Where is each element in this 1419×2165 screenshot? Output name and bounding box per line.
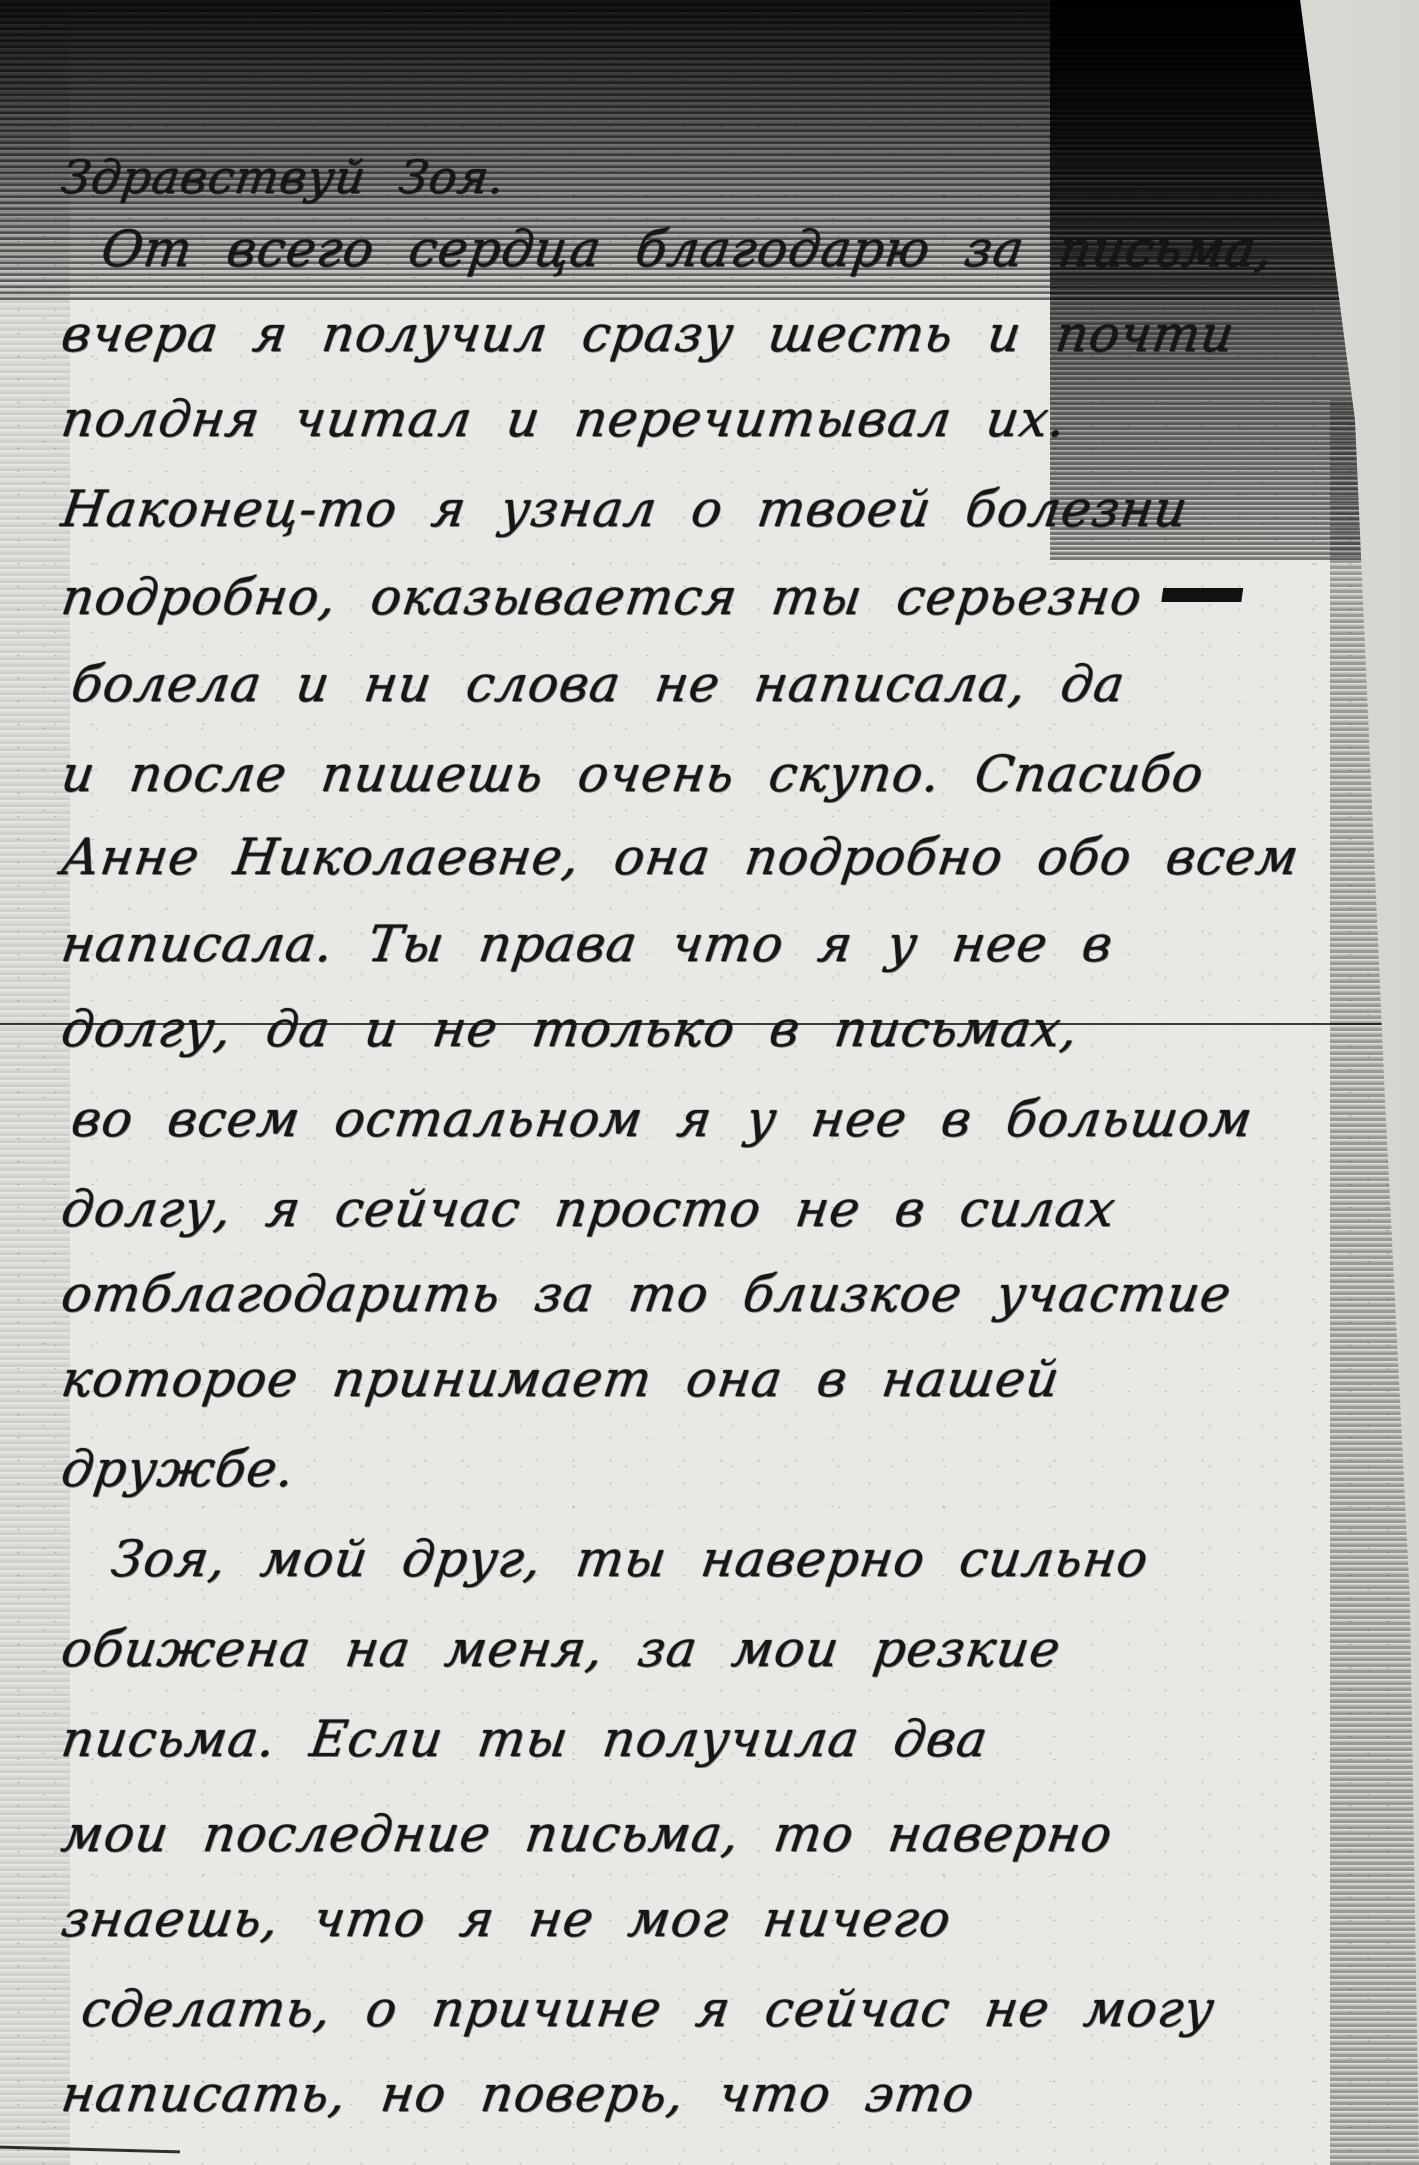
letter-line: вчера я получил сразу шесть и почти	[58, 305, 1238, 363]
letter-line: мои последние письма, то наверно	[58, 1805, 1116, 1863]
redaction-mark	[1161, 588, 1243, 602]
letter-line: болела и ни слова не написала, да	[68, 655, 1129, 713]
photocopied-letter-sheet: Здравствуй Зоя. От всего сердца благодар…	[0, 0, 1419, 2165]
letter-greeting: Здравствуй Зоя.	[58, 150, 509, 204]
letter-line: обижена на меня, за мои резкие	[58, 1620, 1065, 1678]
letter-line: которое принимает она в нашей	[58, 1350, 1064, 1408]
letter-line: и после пишешь очень скупо. Спасибо	[58, 745, 1208, 803]
letter-line: письма. Если ты получила два	[58, 1710, 992, 1768]
letter-line: отблагодарить за то близкое участие	[58, 1265, 1235, 1323]
photocopy-noise-left	[0, 0, 70, 2165]
bottom-edge-line	[0, 2146, 180, 2154]
letter-line: дружбе.	[58, 1440, 299, 1498]
letter-line: долгу, я сейчас просто не в силах	[58, 1180, 1120, 1238]
letter-line: знаешь, что я не мог ничего	[58, 1890, 955, 1948]
letter-line: сделать, о причине я сейчас не могу	[78, 1980, 1218, 2038]
letter-line: Наконец-то я узнал о твоей болезни	[58, 480, 1192, 538]
letter-line: написать, но поверь, что это	[58, 2065, 979, 2123]
letter-line: Анне Николаевне, она подробно обо всем	[58, 828, 1303, 886]
letter-line: полдня читал и перечитывал их.	[58, 390, 1070, 448]
letter-line: Зоя, мой друг, ты наверно сильно	[108, 1530, 1152, 1588]
letter-line: долгу, да и не только в письмах,	[58, 1000, 1082, 1058]
letter-line-with-redaction: подробно, оказывается ты серьезно	[58, 568, 1246, 626]
letter-line-text: подробно, оказывается ты серьезно	[58, 568, 1146, 626]
letter-line: От всего сердца благодарю за письма,	[98, 220, 1277, 278]
letter-line: во всем остальном я у нее в большом	[68, 1090, 1257, 1148]
letter-line: написала. Ты права что я у нее в	[58, 915, 1117, 973]
